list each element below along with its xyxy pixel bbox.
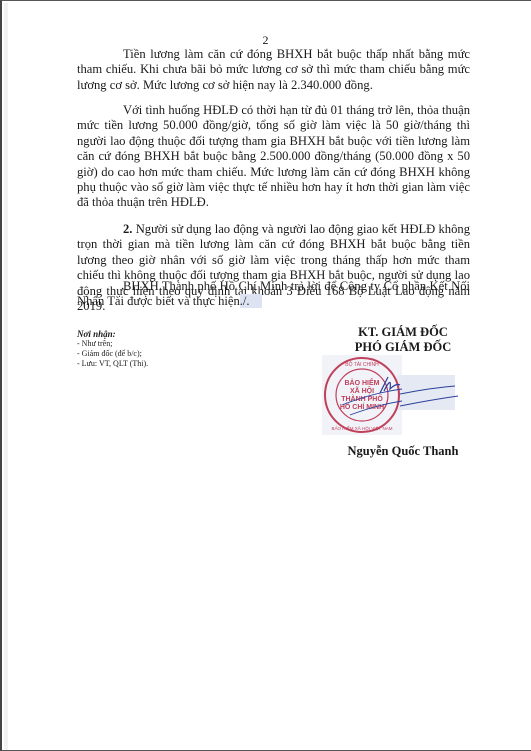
recipient-item: - Như trên;	[77, 339, 148, 349]
signature-title: KT. GIÁM ĐỐC PHÓ GIÁM ĐỐC	[318, 325, 488, 355]
closing-text: BHXH Thành phố Hồ Chí Minh trả lời để Cô…	[77, 279, 470, 308]
svg-text:XÃ HỘI: XÃ HỘI	[350, 386, 374, 395]
signature-line-2: PHÓ GIÁM ĐỐC	[318, 340, 488, 355]
signature-ink-icon	[400, 378, 460, 418]
svg-text:BẢO HIỂM: BẢO HIỂM	[345, 378, 380, 387]
signer-name: Nguyễn Quốc Thanh	[318, 444, 488, 459]
svg-text:BỘ TÀI CHÍNH: BỘ TÀI CHÍNH	[345, 361, 379, 368]
paragraph-reference-level: Tiền lương làm căn cứ đóng BHXH bắt buộc…	[77, 47, 470, 93]
recipients-block: Nơi nhận: - Như trên; - Giám đốc (để b/c…	[77, 329, 148, 369]
recipient-item: - Giám đốc (để b/c);	[77, 349, 148, 359]
recipient-item: - Lưu: VT, QLT (Thi).	[77, 359, 148, 369]
closing-mark: ./.	[240, 294, 262, 308]
paragraph-closing: BHXH Thành phố Hồ Chí Minh trả lời để Cô…	[77, 279, 470, 310]
signature-line-1: KT. GIÁM ĐỐC	[318, 325, 488, 340]
recipients-title: Nơi nhận:	[77, 329, 148, 339]
document-page: 2 Tiền lương làm căn cứ đóng BHXH bắt bu…	[0, 0, 531, 751]
paragraph-example-case: Với tình huống HĐLĐ có thời hạn từ đủ 01…	[77, 103, 470, 211]
official-stamp-icon: BẢO HIỂM XÃ HỘI THÀNH PHỐ HỒ CHÍ MINH BỘ…	[322, 355, 402, 435]
page-number: 2	[0, 33, 531, 48]
svg-text:BẢO HIỂM XÃ HỘI VIỆT NAM: BẢO HIỂM XÃ HỘI VIỆT NAM	[332, 424, 393, 431]
